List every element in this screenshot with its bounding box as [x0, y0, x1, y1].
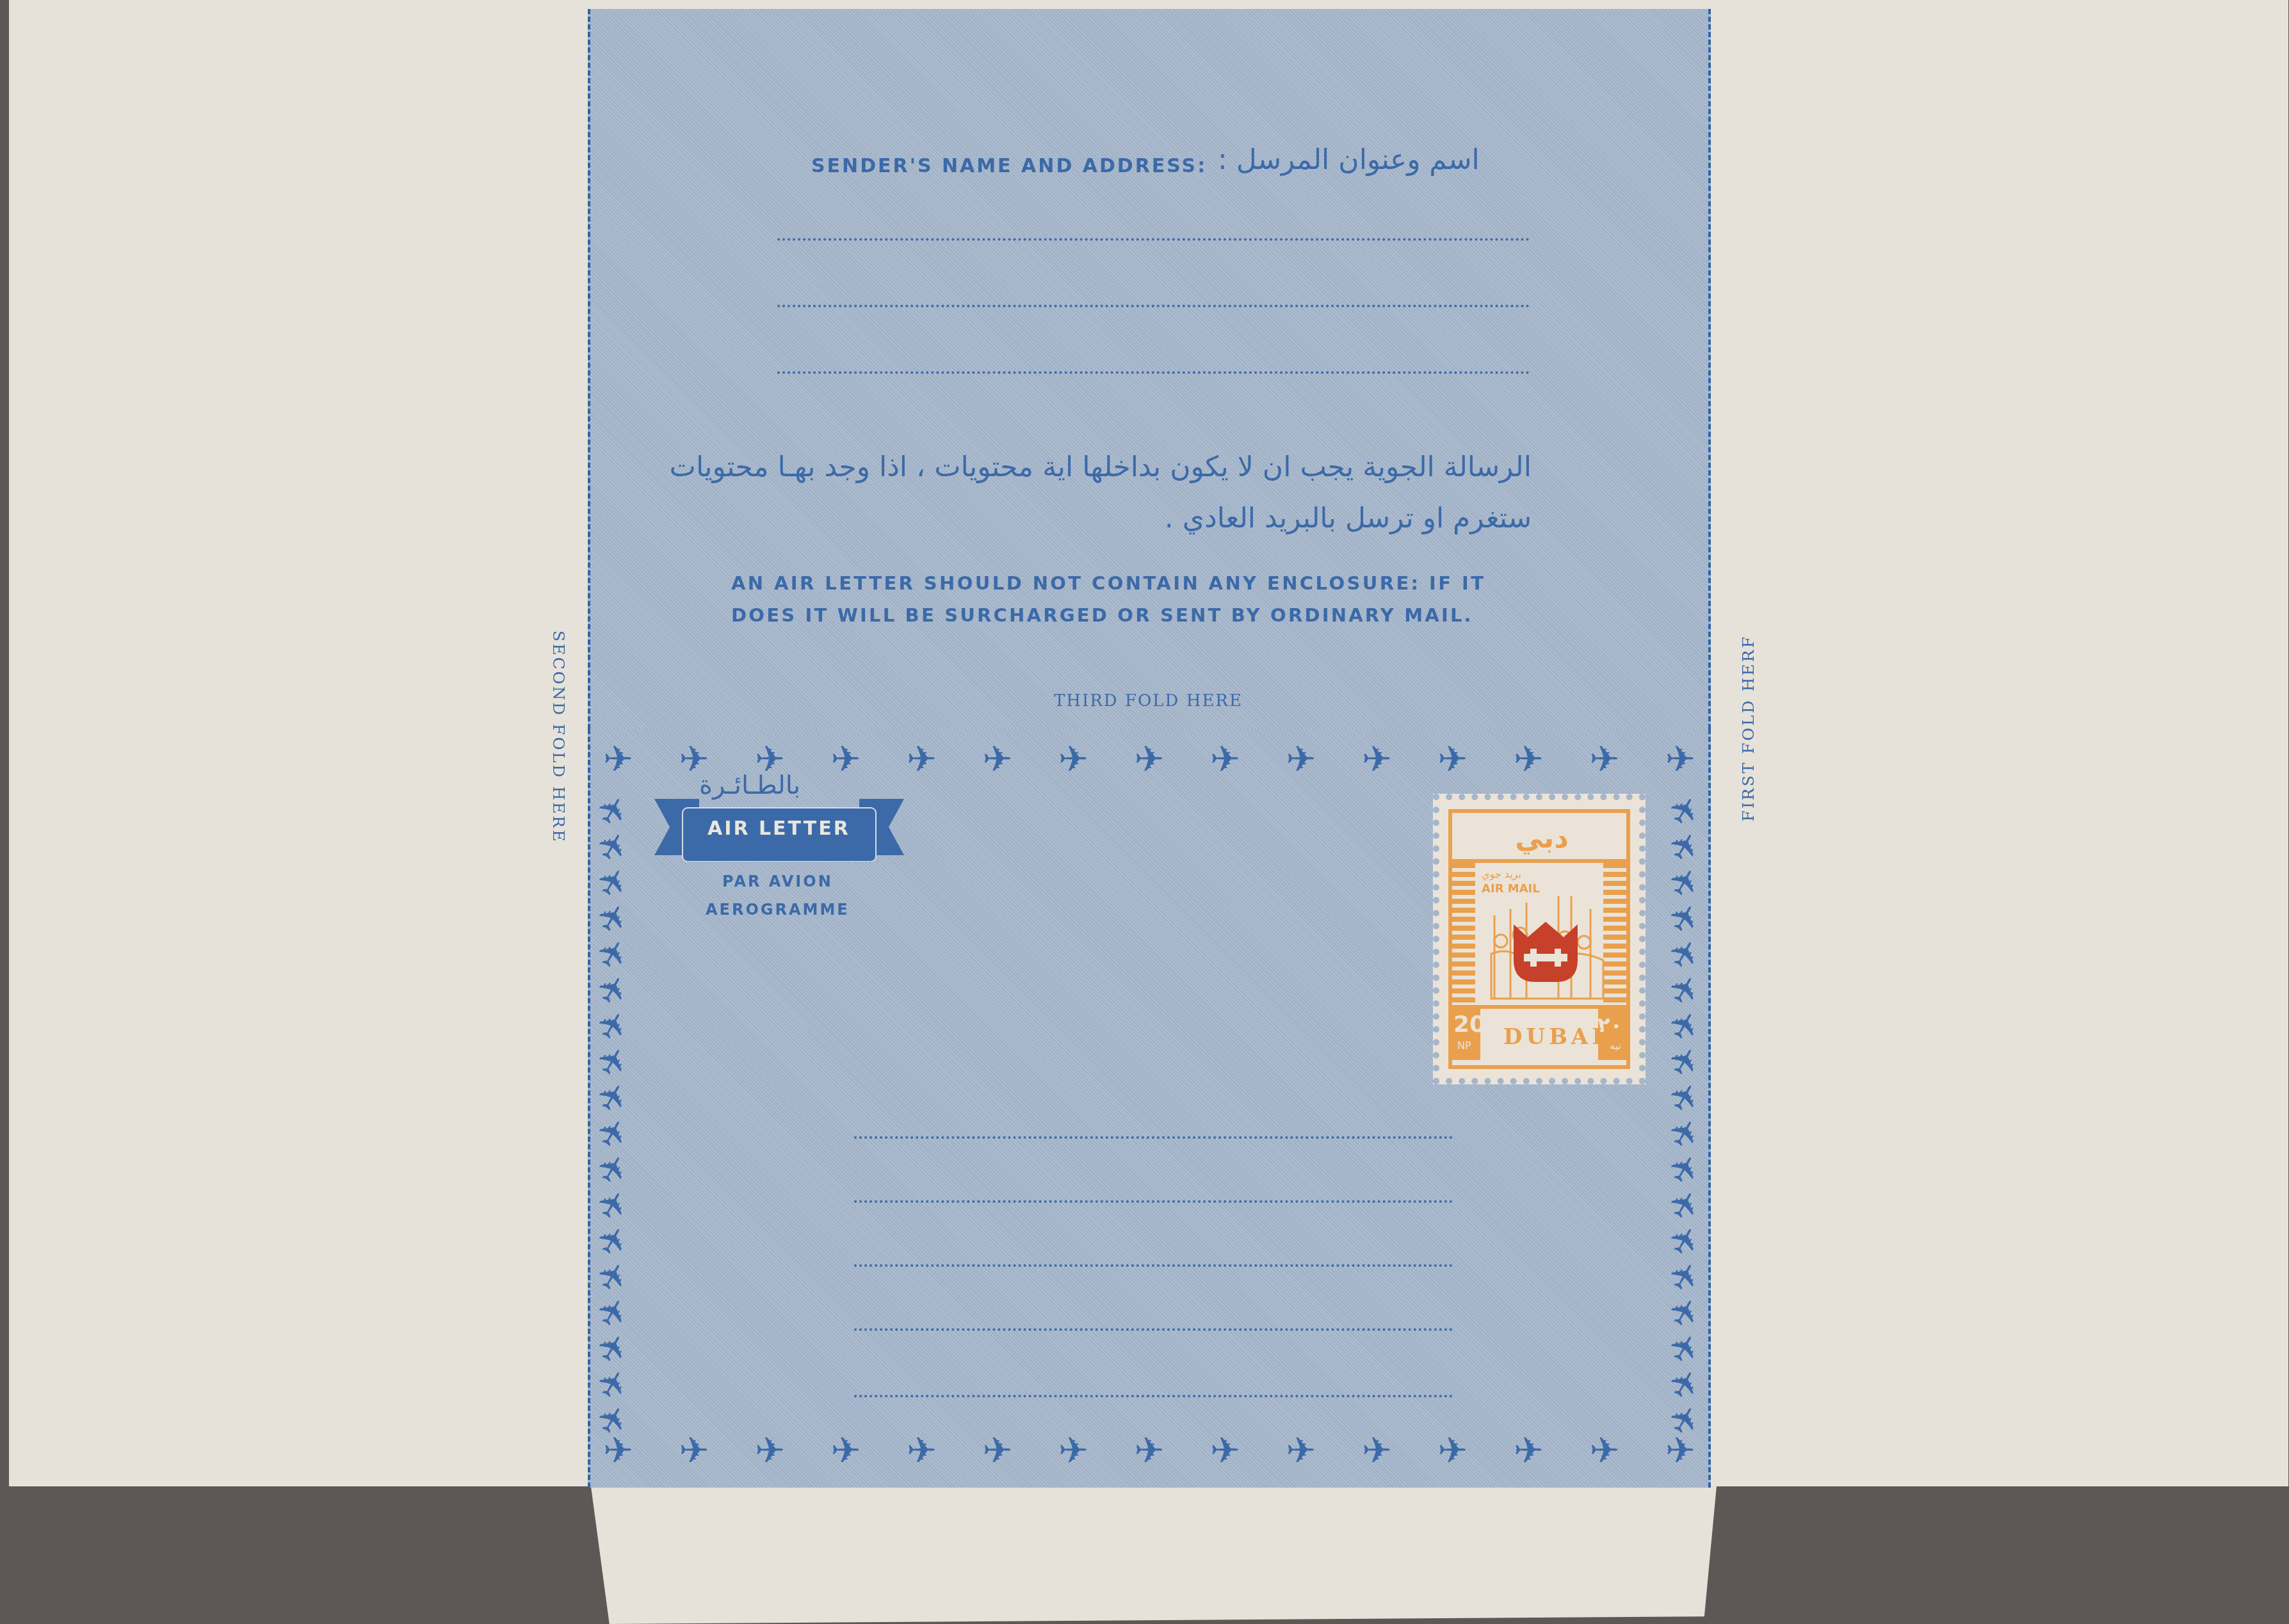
- airplane-icon: ✈: [1438, 742, 1468, 780]
- airplane-border-bottom: ✈✈✈✈✈✈✈✈✈✈✈✈✈✈✈: [603, 1433, 1695, 1472]
- airplane-icon: ✈: [590, 897, 636, 941]
- airplane-border-left: ✈✈✈✈✈✈✈✈✈✈✈✈✈✈✈✈✈✈: [594, 793, 633, 1424]
- airplane-icon: ✈: [983, 1433, 1013, 1472]
- sender-label-arabic: اسم وعنوان المرسل :: [1218, 143, 1480, 176]
- stamp-frame: دبي بريد جوي AIR MAIL 20 NP ٢٠: [1448, 809, 1630, 1069]
- address-line[interactable]: [854, 1328, 1453, 1331]
- airplane-icon: ✈: [590, 1363, 636, 1407]
- airplane-icon: ✈: [907, 1433, 937, 1472]
- par-avion-label: PAR AVION: [722, 872, 833, 890]
- address-line[interactable]: [854, 1136, 1453, 1139]
- airplane-icon: ✈: [1286, 1433, 1316, 1472]
- airplane-icon: ✈: [1210, 742, 1240, 780]
- airplane-icon: ✈: [590, 861, 636, 905]
- airplane-border-right: ✈✈✈✈✈✈✈✈✈✈✈✈✈✈✈✈✈✈: [1666, 793, 1704, 1424]
- airplane-icon: ✈: [1135, 742, 1165, 780]
- airplane-icon: ✈: [1662, 1076, 1708, 1120]
- imprinted-stamp: دبي بريد جوي AIR MAIL 20 NP ٢٠: [1433, 794, 1646, 1084]
- sender-line[interactable]: [777, 371, 1530, 374]
- airplane-icon: ✈: [831, 1433, 861, 1472]
- sender-label: SENDER'S NAME AND ADDRESS:: [811, 155, 1207, 177]
- airplane-icon: ✈: [1590, 1433, 1620, 1472]
- airplane-icon: ✈: [590, 1184, 636, 1228]
- airplane-icon: ✈: [590, 1327, 636, 1371]
- stamp-ornament-left: [1452, 863, 1475, 1005]
- airplane-icon: ✈: [590, 933, 636, 977]
- airplane-icon: ✈: [1362, 742, 1392, 780]
- airplane-icon: ✈: [590, 1148, 636, 1192]
- airplane-icon: ✈: [1662, 861, 1708, 905]
- airplane-icon: ✈: [831, 742, 861, 780]
- airplane-icon: ✈: [1662, 1040, 1708, 1084]
- stamp-value: 20: [1453, 1011, 1485, 1038]
- airplane-icon: ✈: [1662, 897, 1708, 941]
- address-line[interactable]: [854, 1395, 1453, 1397]
- airplane-icon: ✈: [1210, 1433, 1240, 1472]
- airplane-icon: ✈: [603, 742, 633, 780]
- airplane-icon: ✈: [1286, 742, 1316, 780]
- airplane-icon: ✈: [1438, 1433, 1468, 1472]
- airplane-icon: ✈: [1590, 742, 1620, 780]
- stamp-country: DUBAI: [1503, 1024, 1606, 1050]
- airplane-icon: ✈: [1662, 1219, 1708, 1264]
- airplane-icon: ✈: [1662, 1291, 1708, 1335]
- airplane-icon: ✈: [1665, 742, 1695, 780]
- airplane-icon: ✈: [590, 969, 636, 1013]
- airplane-icon: ✈: [590, 1076, 636, 1120]
- crown-overprint: [1514, 922, 1578, 982]
- airplane-icon: ✈: [1135, 1433, 1165, 1472]
- airplane-icon: ✈: [1058, 742, 1088, 780]
- airplane-icon: ✈: [590, 1004, 636, 1049]
- address-line[interactable]: [854, 1264, 1453, 1267]
- stamp-unit: NP: [1457, 1040, 1471, 1052]
- notice-english-2: DOES IT WILL BE SURCHARGED OR SENT BY OR…: [731, 604, 1473, 626]
- address-line[interactable]: [854, 1200, 1453, 1203]
- airplane-icon: ✈: [679, 1433, 709, 1472]
- sender-line[interactable]: [777, 305, 1530, 307]
- airplane-icon: ✈: [1662, 933, 1708, 977]
- airplane-icon: ✈: [1662, 1004, 1708, 1049]
- bottom-tuck-flap: [589, 1472, 1718, 1624]
- airplane-icon: ✈: [590, 789, 636, 833]
- airplane-icon: ✈: [1662, 825, 1708, 869]
- stamp-country-arabic: دبي: [1491, 822, 1593, 855]
- sender-panel: SENDER'S NAME AND ADDRESS: اسم وعنوان ال…: [588, 9, 1711, 729]
- by-air-arabic: بالطـائـرة: [699, 771, 800, 800]
- airplane-icon: ✈: [907, 742, 937, 780]
- airplane-icon: ✈: [590, 1291, 636, 1335]
- airplane-icon: ✈: [590, 825, 636, 869]
- stamp-unit-arabic: نيه: [1610, 1040, 1621, 1052]
- airplane-icon: ✈: [1514, 1433, 1544, 1472]
- airplane-icon: ✈: [1662, 969, 1708, 1013]
- notice-english-1: AN AIR LETTER SHOULD NOT CONTAIN ANY ENC…: [731, 572, 1485, 594]
- airplane-icon: ✈: [590, 1255, 636, 1299]
- airplane-icon: ✈: [590, 1219, 636, 1264]
- notice-arabic-1: الرسالة الجوية يجب ان لا يكون بداخلها اي…: [731, 451, 1532, 483]
- air-letter-label: AIR LETTER: [708, 817, 850, 840]
- airplane-icon: ✈: [1058, 1433, 1088, 1472]
- stamp-airmail-arabic: بريد جوي: [1482, 868, 1521, 880]
- airplane-icon: ✈: [983, 742, 1013, 780]
- sender-line[interactable]: [777, 238, 1530, 241]
- airplane-icon: ✈: [1662, 1363, 1708, 1407]
- airplane-icon: ✈: [1514, 742, 1544, 780]
- airplane-icon: ✈: [1662, 1148, 1708, 1192]
- third-fold-label: THIRD FOLD HERE: [1054, 691, 1243, 711]
- airplane-icon: ✈: [590, 1040, 636, 1084]
- airplane-icon: ✈: [1662, 1327, 1708, 1371]
- airplane-icon: ✈: [1362, 1433, 1392, 1472]
- first-fold-label: FIRST FOLD HERF: [1739, 635, 1758, 821]
- airplane-icon: ✈: [1662, 1255, 1708, 1299]
- airplane-icon: ✈: [1662, 789, 1708, 833]
- second-fold-label: SECOND FOLD HERE: [549, 631, 568, 843]
- stamp-airmail-label: AIR MAIL: [1482, 882, 1540, 896]
- airplane-icon: ✈: [755, 1433, 785, 1472]
- airplane-icon: ✈: [1662, 1184, 1708, 1228]
- aerogramme-label: AEROGRAMME: [706, 901, 850, 919]
- airplane-icon: ✈: [590, 1112, 636, 1156]
- airplane-icon: ✈: [1662, 1112, 1708, 1156]
- stamp-divider: [1452, 859, 1626, 863]
- notice-arabic-2: ستغرم او ترسل بالبريد العادي .: [731, 502, 1532, 535]
